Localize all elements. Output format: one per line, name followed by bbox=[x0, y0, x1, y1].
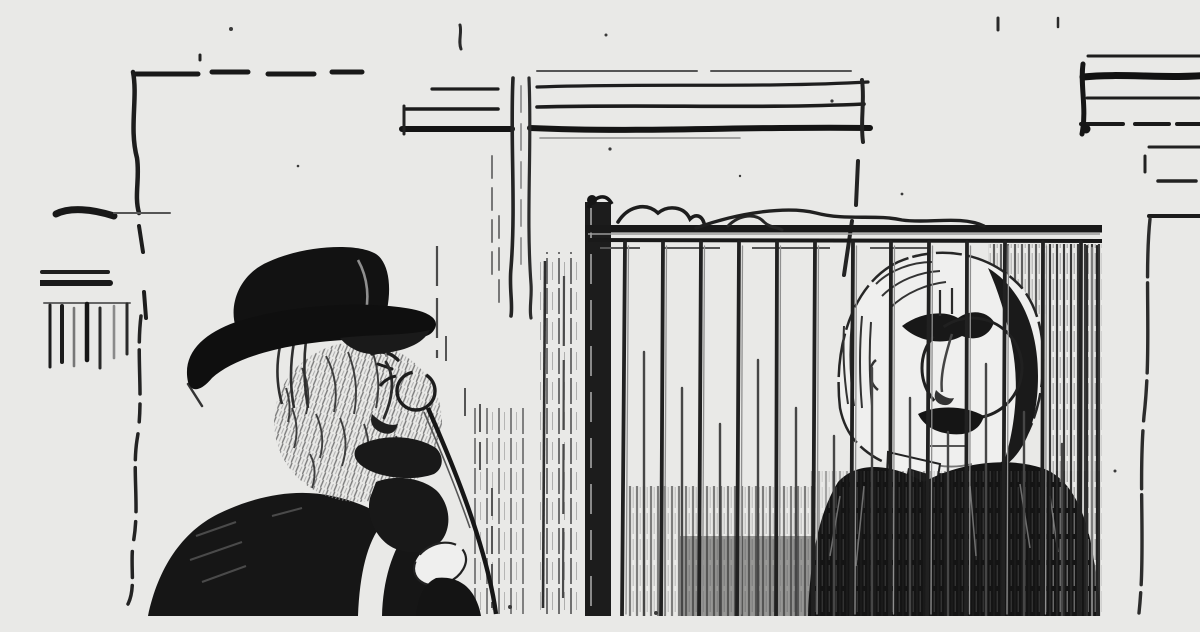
cage-post bbox=[585, 195, 612, 616]
gentleman-beard bbox=[274, 342, 442, 502]
cage-right-shadow bbox=[1048, 244, 1102, 616]
vintage-cartoon-illustration: A whiskered gentleman in a dark top hat … bbox=[40, 16, 1200, 616]
illustration-canvas: A whiskered gentleman in a dark top hat … bbox=[40, 16, 1200, 616]
